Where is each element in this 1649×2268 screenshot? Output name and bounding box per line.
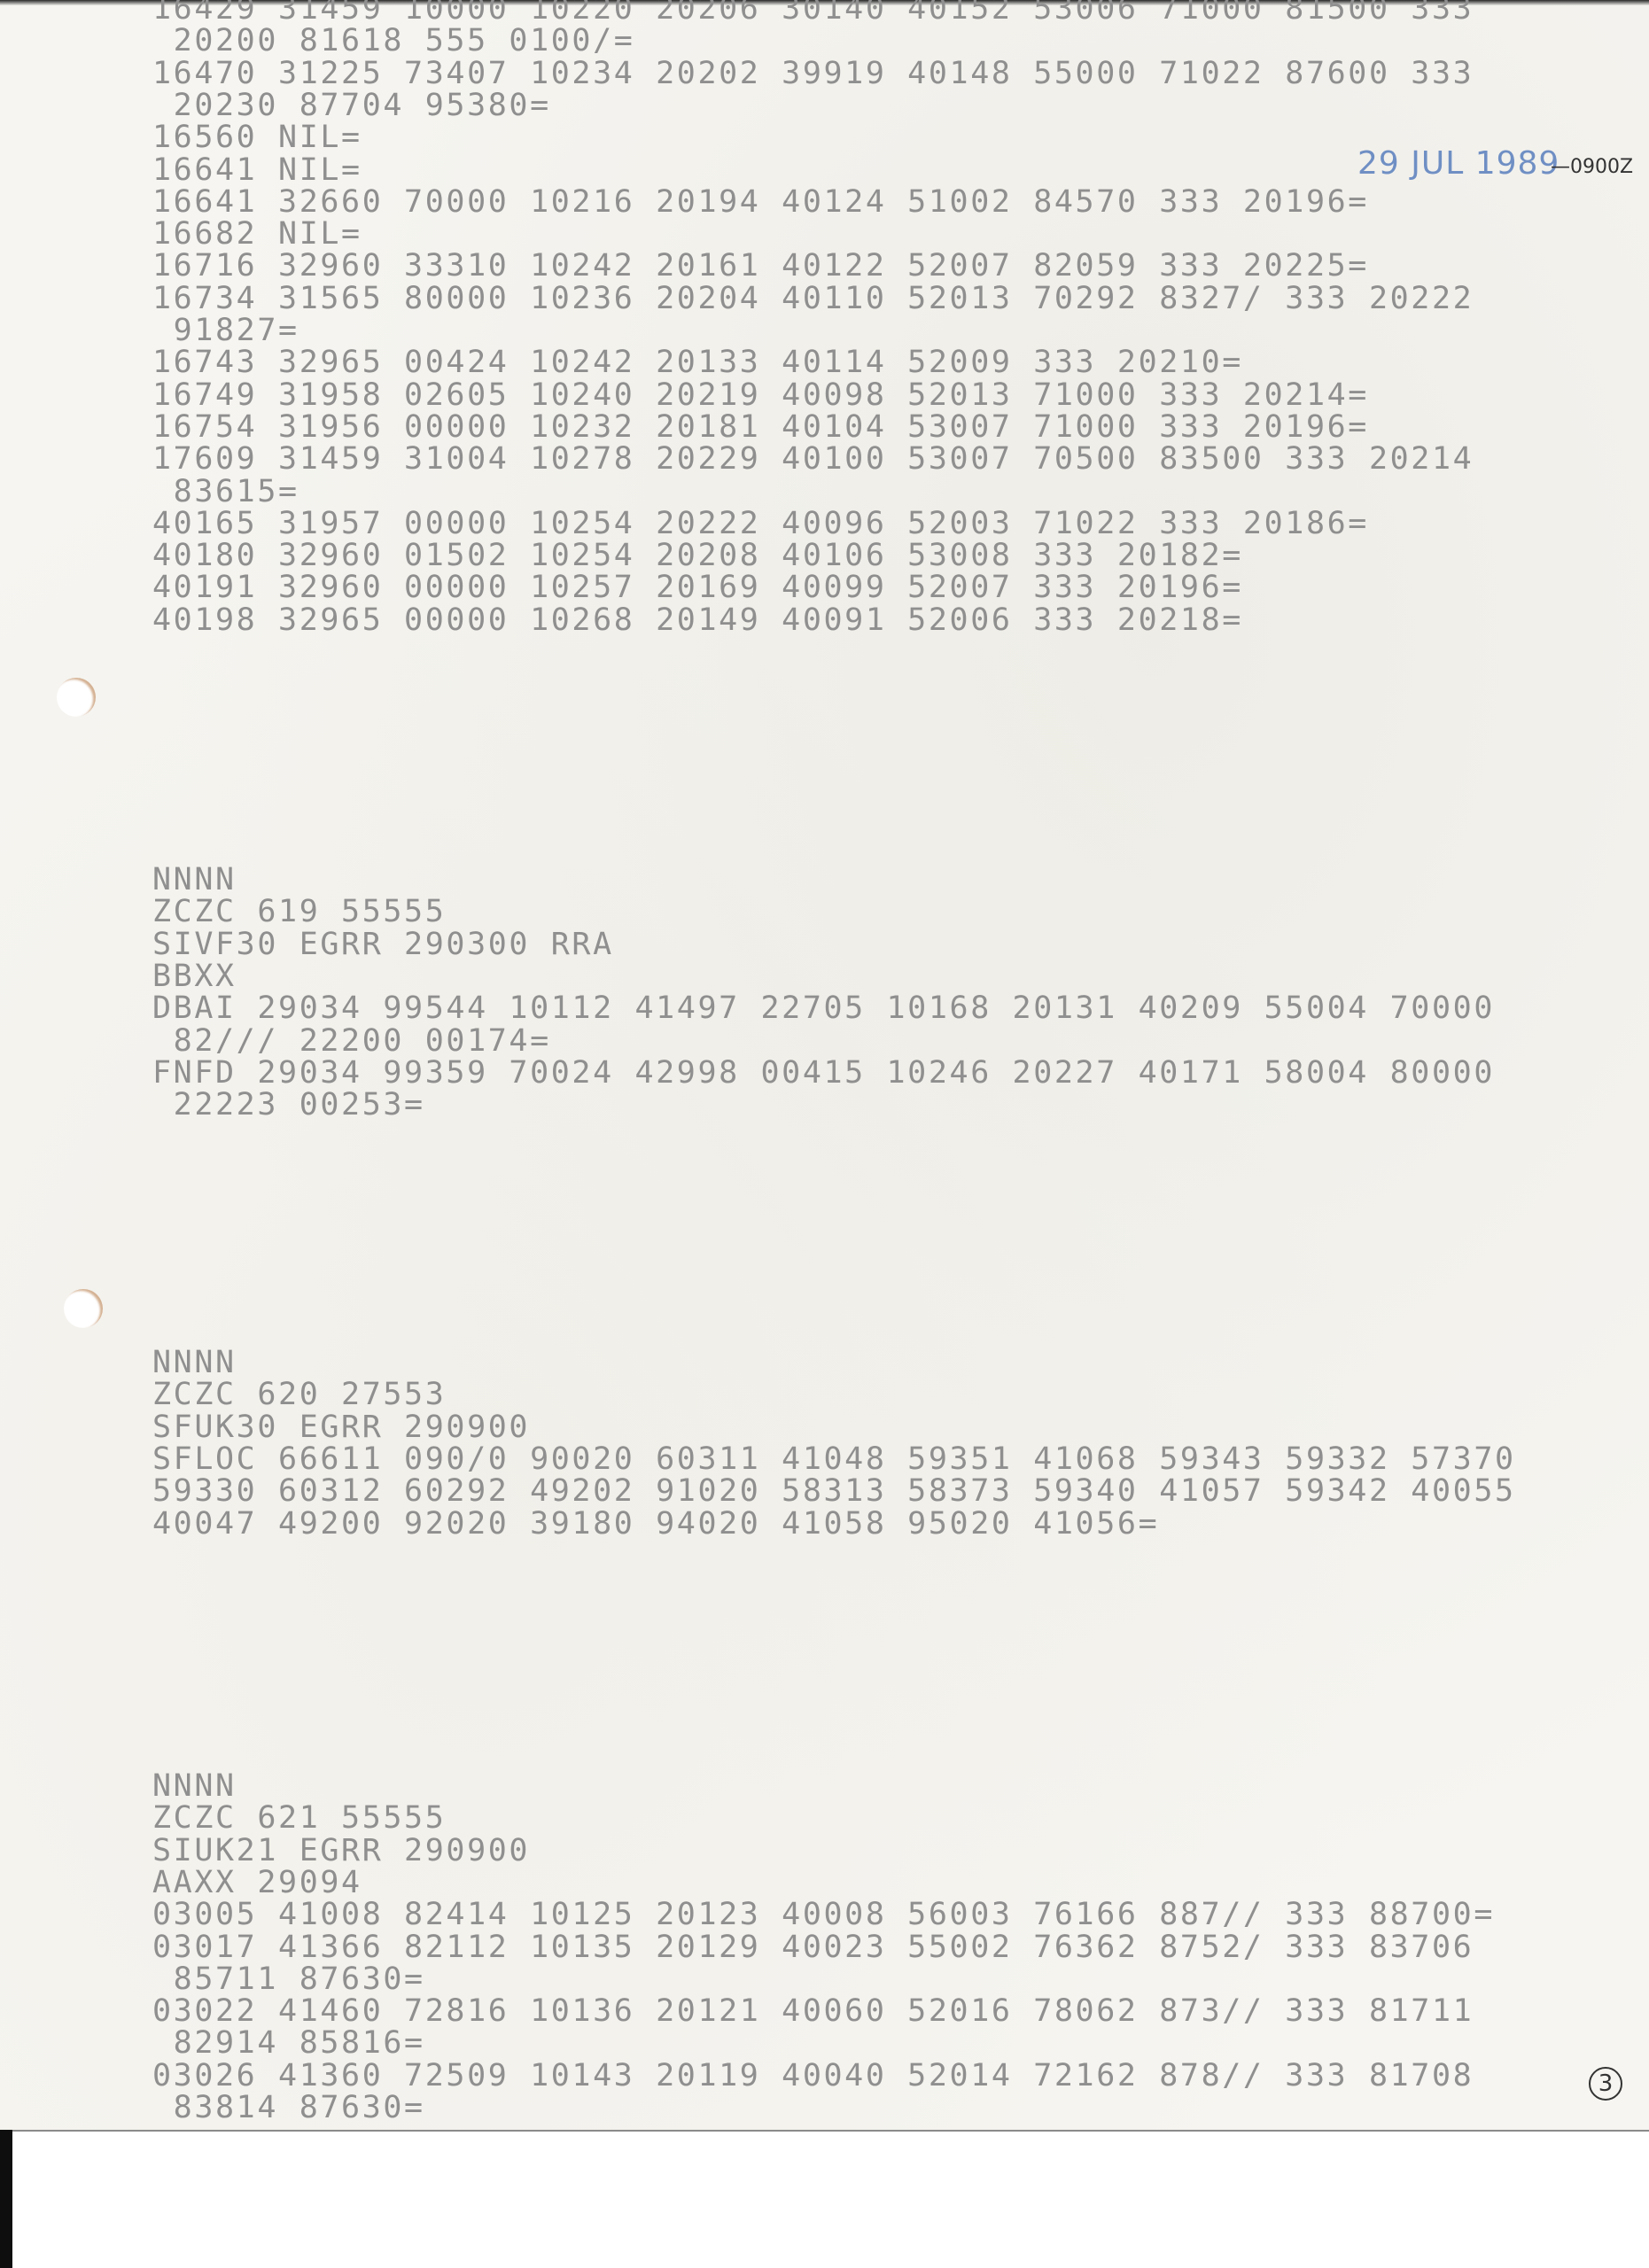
text-line: 16641 32660 70000 10216 20194 40124 5100… [152, 186, 1369, 218]
text-line: NNNN [152, 864, 237, 896]
text-line: SIVF30 EGRR 290300 RRA [152, 928, 614, 960]
text-line: 16754 31956 00000 10232 20181 40104 5300… [152, 411, 1369, 443]
scanner-edge [0, 2130, 12, 2268]
text-line: ZCZC 619 55555 [152, 896, 446, 928]
text-line: 16682 NIL= [152, 218, 362, 250]
text-line: BBXX [152, 960, 237, 992]
stamp-time-annotation: —0900Z [1551, 156, 1633, 178]
text-line: SIUK21 EGRR 290900 [152, 1835, 530, 1867]
text-line: 16560 NIL= [152, 121, 362, 153]
text-line: 16470 31225 73407 10234 20202 39919 4014… [152, 58, 1474, 89]
text-line: 16641 NIL= [152, 154, 362, 186]
text-line: 40165 31957 00000 10254 20222 40096 5200… [152, 508, 1369, 540]
text-line: 03017 41366 82112 10135 20129 40023 5500… [152, 1931, 1474, 1963]
text-line: 91827= [152, 315, 299, 346]
text-line: 16749 31958 02605 10240 20219 40098 5201… [152, 379, 1369, 411]
text-line: 16743 32965 00424 10242 20133 40114 5200… [152, 346, 1243, 378]
text-line: 40198 32965 00000 10268 20149 40091 5200… [152, 604, 1243, 636]
text-line: NNNN [152, 1347, 237, 1379]
text-line: 22223 00253= [152, 1089, 425, 1121]
punch-hole-top [57, 678, 96, 717]
text-line: AAXX 29094 [152, 1867, 362, 1899]
date-stamp: 29 JUL 1989 [1357, 145, 1560, 182]
text-line: 17609 31459 31004 10278 20229 40100 5300… [152, 443, 1474, 475]
text-line: 83615= [152, 476, 299, 508]
punch-hole-bottom [64, 1289, 103, 1328]
text-line: 16716 32960 33310 10242 20161 40122 5200… [152, 250, 1369, 282]
text-line: 20230 87704 95380= [152, 89, 551, 121]
text-line: 16734 31565 80000 10236 20204 40110 5201… [152, 283, 1474, 315]
text-line: 82/// 22200 00174= [152, 1025, 551, 1057]
text-line: ZCZC 621 55555 [152, 1802, 446, 1834]
text-line: 83814 87630= [152, 2092, 425, 2124]
text-line: 03005 41008 82414 10125 20123 40008 5600… [152, 1899, 1495, 1930]
text-line: DBAI 29034 99544 10112 41497 22705 10168… [152, 992, 1495, 1024]
text-line: SFUK30 EGRR 290900 [152, 1411, 530, 1443]
text-line: 03026 41360 72509 10143 20119 40040 5201… [152, 2060, 1474, 2092]
text-line: 40180 32960 01502 10254 20208 40106 5300… [152, 540, 1243, 571]
text-line: 20200 81618 555 0100/= [152, 25, 634, 57]
text-line: 82914 85816= [152, 2027, 425, 2059]
text-line: 59330 60312 60292 49202 91020 58313 5837… [152, 1475, 1516, 1507]
page-number-circled: 3 [1589, 2067, 1622, 2101]
text-line: SFLOC 66611 090/0 90020 60311 41048 5935… [152, 1443, 1516, 1475]
text-line: ZCZC 620 27553 [152, 1379, 446, 1410]
text-line: 16429 31459 10000 10220 20206 30140 4015… [152, 0, 1474, 25]
text-line: 85711 87630= [152, 1963, 425, 1995]
text-line: 40191 32960 00000 10257 20169 40099 5200… [152, 571, 1243, 603]
text-line: 40047 49200 92020 39180 94020 41058 9502… [152, 1508, 1159, 1540]
text-line: NNNN [152, 1770, 237, 1802]
text-line: 03022 41460 72816 10136 20121 40060 5201… [152, 1995, 1474, 2027]
text-line: FNFD 29034 99359 70024 42998 00415 10246… [152, 1057, 1495, 1089]
